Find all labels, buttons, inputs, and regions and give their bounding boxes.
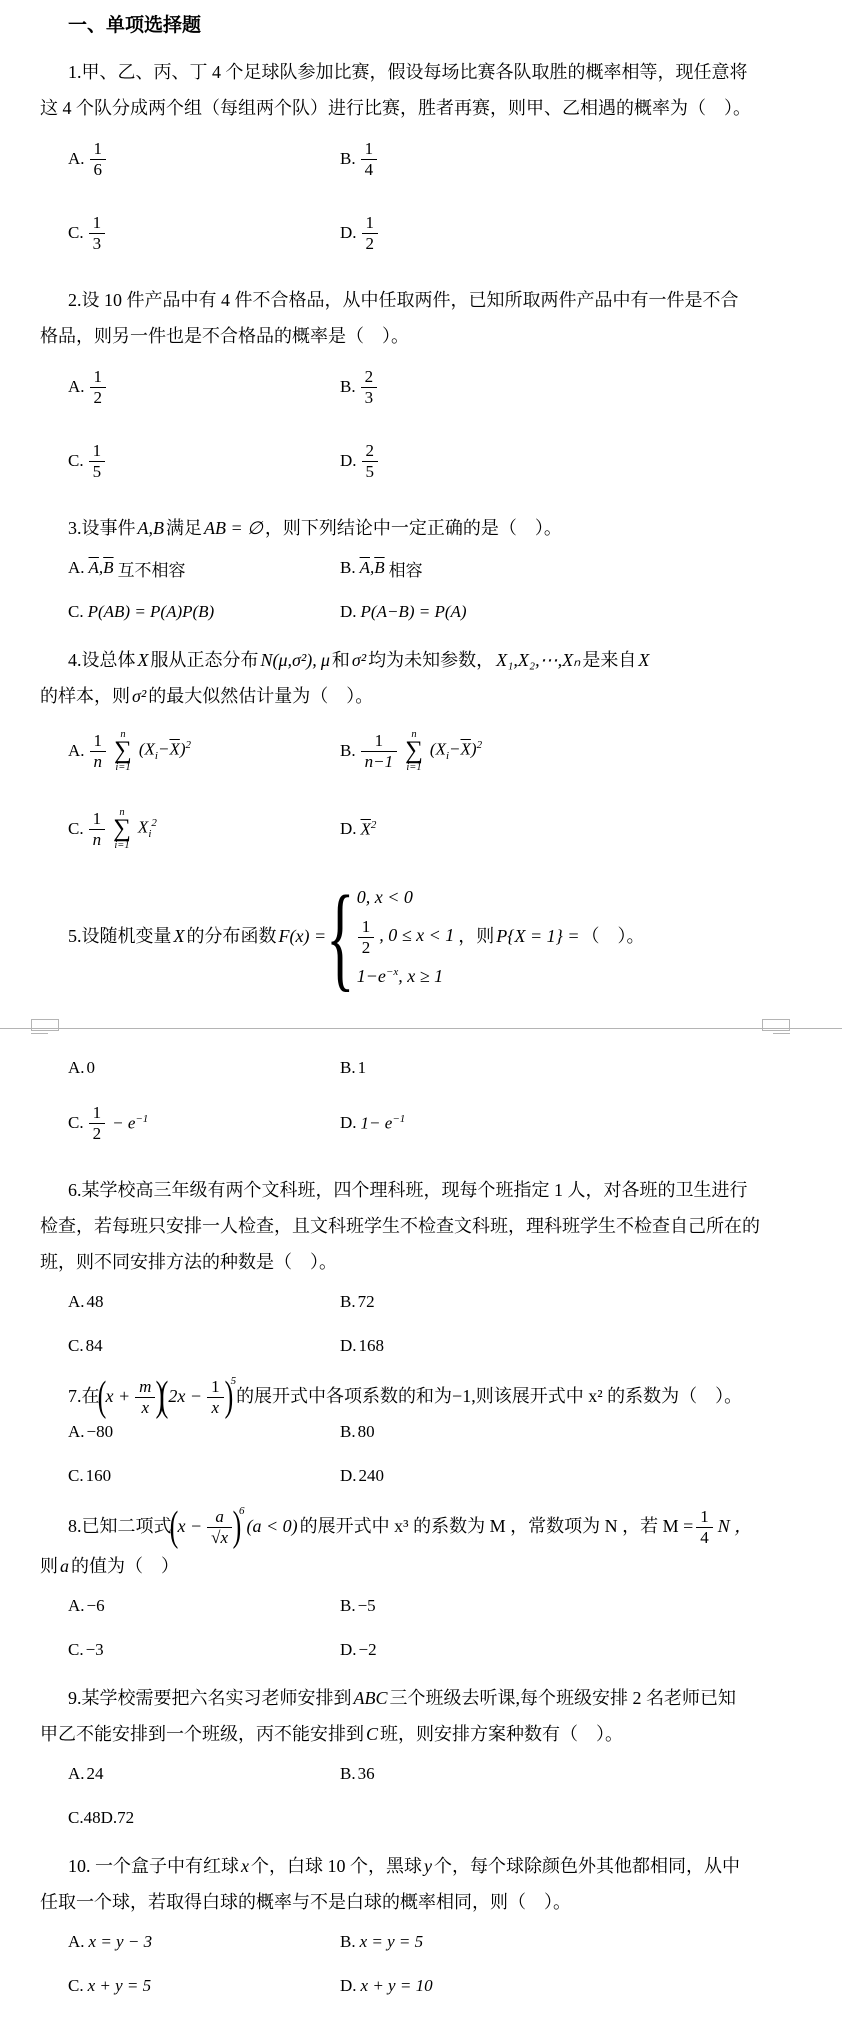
q2-option-d: D.25 xyxy=(340,441,800,481)
math-expression: x + y = 5 xyxy=(88,1976,152,1996)
option-label: A. xyxy=(68,558,85,578)
fraction: 1n xyxy=(89,809,106,849)
q3-options-row-2: C.P(AB) = P(A)P(B) D.P(A−B) = P(A) xyxy=(40,598,800,626)
math-var: x xyxy=(241,1856,249,1876)
q9-option-cd: C.48D.72 xyxy=(68,1808,340,1828)
q4-option-b: B.1n−1n∑i=1(Xi−X)2 xyxy=(340,729,800,773)
q1-option-c: C.13 xyxy=(68,213,340,253)
option-label: C. xyxy=(68,451,84,471)
option-label: B. xyxy=(340,1764,356,1784)
q6-stem-line-1: 6.某学校高三年级有两个文科班，四个理科班，现每个班指定 1 人，对各班的卫生进… xyxy=(40,1172,800,1208)
fraction: 12 xyxy=(90,367,107,407)
q2-option-a: A.12 xyxy=(68,367,340,407)
option-label: D. xyxy=(340,1466,357,1486)
q8-option-a: A.−6 xyxy=(68,1596,340,1616)
q10-option-c: C.x + y = 5 xyxy=(68,1976,340,1996)
math-expression: X2 xyxy=(361,819,377,840)
fraction: a√x xyxy=(207,1507,232,1547)
page-break-line xyxy=(0,1028,842,1029)
q7-options-row-2: C.160 D.240 xyxy=(40,1462,800,1490)
option-label: C. xyxy=(68,1336,84,1356)
option-label: C. xyxy=(68,602,84,622)
q4-option-a: A.1nn∑i=1(Xi−X)2 xyxy=(68,729,340,773)
option-label: B. xyxy=(340,741,356,761)
option-label: A. xyxy=(68,149,85,169)
q8-options-row-2: C.−3 D.−2 xyxy=(40,1636,800,1664)
fraction: 1x xyxy=(207,1377,224,1417)
q4-options-row-1: A.1nn∑i=1(Xi−X)2 B.1n−1n∑i=1(Xi−X)2 xyxy=(40,722,800,780)
q1-options-row-2: C.13 D.12 xyxy=(40,208,800,258)
option-label: B. xyxy=(340,377,356,397)
q4-stem-line-2: 的样本，则σ²的最大似然估计量为（ ）。 xyxy=(40,678,800,714)
fraction: 14 xyxy=(361,139,378,179)
math-expression: A,B xyxy=(360,558,385,578)
math-expression: 1− e−1 xyxy=(361,1113,406,1134)
fraction: 12 xyxy=(358,917,375,957)
q2-option-b: B.23 xyxy=(340,367,800,407)
q8-option-b: B.−5 xyxy=(340,1596,800,1616)
math-expression: P(AB) = P(A)P(B) xyxy=(88,602,215,622)
q3-stem: 3.设事件A,B满足AB = ∅，则下列结论中一定正确的是（ ）。 xyxy=(40,510,800,546)
math-expression: X₁,X₂,⋯,Xₙ xyxy=(496,650,580,670)
math-var: σ² xyxy=(352,650,366,670)
summation: n∑i=1 xyxy=(113,807,131,851)
q3-option-d: D.P(A−B) = P(A) xyxy=(340,602,800,622)
math-expression: Xi2 xyxy=(138,817,157,840)
option-label: B. xyxy=(340,149,356,169)
math-expression: (Xi−X)2 xyxy=(430,739,482,762)
question-7: 7.在 (x +mx)(2x −1x)5 的展开式中各项系数的和为−1,则该展开… xyxy=(40,1376,800,1490)
option-label: D. xyxy=(340,1976,357,1996)
math-var: X xyxy=(138,650,149,670)
fraction: 14 xyxy=(696,1507,713,1547)
q3-option-a: A.A,B互不相容 xyxy=(68,556,340,581)
q2-options-row-2: C.15 D.25 xyxy=(40,436,800,486)
q5-options-row-1: A.0 B.1 xyxy=(40,1054,800,1082)
option-label: C. xyxy=(68,1640,84,1660)
option-label: A. xyxy=(68,1596,85,1616)
q4-options-row-2: C.1nn∑i=1Xi2 D.X2 xyxy=(40,800,800,858)
option-label: B. xyxy=(340,1058,356,1078)
math-var: a xyxy=(60,1556,69,1576)
option-label: C. xyxy=(68,1976,84,1996)
math-expression: P(A−B) = P(A) xyxy=(361,602,467,622)
q3-option-c: C.P(AB) = P(A)P(B) xyxy=(68,602,340,622)
option-label: A. xyxy=(68,1932,85,1952)
q8-stem-line-2: 则a的值为（ ） xyxy=(40,1548,800,1584)
fraction: 25 xyxy=(362,441,379,481)
q3-option-b: B.A,B相容 xyxy=(340,556,800,581)
question-5: 5.设随机变量X的分布函数F(x) = { 0, x < 0 12, 0 ≤ x… xyxy=(40,878,800,1148)
q2-stem-line-2: 格品，则另一件也是不合格品的概率是（ ）。 xyxy=(40,318,800,354)
q10-stem-line-1: 10. 一个盒子中有红球x个，白球 10 个，黑球y个，每个球除颜色外其他都相同… xyxy=(40,1848,800,1884)
math-expression: (Xi−X)2 xyxy=(139,739,191,762)
option-label: A. xyxy=(68,1058,85,1078)
q7-option-c: C.160 xyxy=(68,1466,340,1486)
option-label: D. xyxy=(340,1640,357,1660)
math-expression: F(x) = xyxy=(279,925,327,948)
q8-option-c: C.−3 xyxy=(68,1640,340,1660)
q8-option-d: D.−2 xyxy=(340,1640,800,1660)
fraction: 16 xyxy=(90,139,107,179)
option-label: C. xyxy=(68,1466,84,1486)
q6-options-row-2: C.84 D.168 xyxy=(40,1332,800,1360)
q5-option-c: C.12− e−1 xyxy=(68,1103,340,1143)
option-label: C. xyxy=(68,1113,84,1133)
big-paren-open: ( xyxy=(97,1376,106,1418)
option-label: B. xyxy=(340,1596,356,1616)
page-break-tick-right xyxy=(773,1033,790,1034)
q2-option-c: C.15 xyxy=(68,441,340,481)
math-var: X xyxy=(638,650,649,670)
math-var: A,B xyxy=(138,518,165,538)
q4-option-d: D.X2 xyxy=(340,819,800,840)
math-var: μ xyxy=(321,650,330,670)
math-expression: AB = ∅ xyxy=(204,518,263,538)
math-expression: x = y = 5 xyxy=(360,1932,424,1952)
q9-stem-line-1: 9.某学校需要把六名实习老师安排到ABC三个班级去听课,每个班级安排 2 名老师… xyxy=(40,1680,800,1716)
summation: n∑i=1 xyxy=(405,729,423,773)
q7-stem: 7.在 (x +mx)(2x −1x)5 的展开式中各项系数的和为−1,则该展开… xyxy=(40,1376,800,1418)
option-label: B. xyxy=(340,1292,356,1312)
q6-stem-line-3: 班，则不同安排方法的种数是（ ）。 xyxy=(40,1244,800,1280)
q4-option-c: C.1nn∑i=1Xi2 xyxy=(68,807,340,851)
big-paren-open: ( xyxy=(160,1376,169,1418)
math-var: y xyxy=(424,1856,432,1876)
math-var: X xyxy=(174,925,185,948)
fraction: 1n xyxy=(90,731,107,771)
option-label: C. xyxy=(68,223,84,243)
question-10: 10. 一个盒子中有红球x个，白球 10 个，黑球y个，每个球除颜色外其他都相同… xyxy=(40,1848,800,2000)
fraction: mx xyxy=(135,1377,155,1417)
q10-options-row-2: C.x + y = 5 D.x + y = 10 xyxy=(40,1972,800,2000)
math-expression: − e−1 xyxy=(112,1113,148,1134)
math-var: σ² xyxy=(132,686,146,706)
q1-options-row-1: A.16 B.14 xyxy=(40,134,800,184)
q8-options-row-1: A.−6 B.−5 xyxy=(40,1592,800,1620)
math-expression: (a < 0) xyxy=(247,1515,298,1538)
option-label: A. xyxy=(68,1292,85,1312)
option-label: D. xyxy=(340,1336,357,1356)
q1-option-a: A.16 xyxy=(68,139,340,179)
option-label: D. xyxy=(340,1113,357,1133)
option-label: A. xyxy=(68,1422,85,1442)
q8-stem-line-1: 8.已知二项式 (x −a√x)6 (a < 0)的展开式中 x³ 的系数为 M… xyxy=(40,1506,800,1548)
page-break-marker-right xyxy=(762,1019,790,1031)
question-1: 1.甲、乙、丙、丁 4 个足球队参加比赛，假设每场比赛各队取胜的概率相等，现任意… xyxy=(40,54,800,258)
question-4: 4.设总体X服从正态分布N(μ,σ²),μ和σ²均为未知参数，X₁,X₂,⋯,X… xyxy=(40,642,800,858)
q7-option-d: D.240 xyxy=(340,1466,800,1486)
math-expression: x + y = 10 xyxy=(361,1976,433,1996)
q10-option-a: A.x = y − 3 xyxy=(68,1932,340,1952)
option-label: D. xyxy=(340,451,357,471)
q6-option-c: C.84 xyxy=(68,1336,340,1356)
summation: n∑i=1 xyxy=(114,729,132,773)
q6-options-row-1: A.48 B.72 xyxy=(40,1288,800,1316)
page-break-marker-left xyxy=(31,1019,59,1031)
page-break-tick-left xyxy=(31,1033,48,1034)
q5-option-d: D.1− e−1 xyxy=(340,1113,800,1134)
question-2: 2.设 10 件产品中有 4 件不合格品，从中任取两件，已知所取两件产品中有一件… xyxy=(40,282,800,486)
q1-stem-line-1: 1.甲、乙、丙、丁 4 个足球队参加比赛，假设每场比赛各队取胜的概率相等，现任意… xyxy=(40,54,800,90)
q7-option-a: A.−80 xyxy=(68,1422,340,1442)
q1-stem-line-2: 这 4 个队分成两个组（每组两个队）进行比赛，胜者再赛，则甲、乙相遇的概率为（ … xyxy=(40,90,800,126)
math-expression: N(μ,σ²), xyxy=(261,650,317,670)
q9-option-b: B.36 xyxy=(340,1764,800,1784)
q3-options-row-1: A.A,B互不相容 B.A,B相容 xyxy=(40,554,800,582)
fraction: 1n−1 xyxy=(361,731,397,771)
q6-option-b: B.72 xyxy=(340,1292,800,1312)
q1-option-b: B.14 xyxy=(340,139,800,179)
option-label: D. xyxy=(340,602,357,622)
math-var: ABC xyxy=(354,1688,388,1708)
q6-stem-line-2: 检查，若每班只安排一人检查，且文科班学生不检查文科班，理科班学生不检查自己所在的 xyxy=(40,1208,800,1244)
big-paren-open: ( xyxy=(169,1506,178,1548)
q9-option-a: A.24 xyxy=(68,1764,340,1784)
q5-options-row-2: C.12− e−1 D.1− e−1 xyxy=(40,1098,800,1148)
math-expression: P{X = 1} = xyxy=(496,925,579,948)
question-6: 6.某学校高三年级有两个文科班，四个理科班，现每个班指定 1 人，对各班的卫生进… xyxy=(40,1172,800,1360)
math-expression: x = y − 3 xyxy=(89,1932,153,1952)
q4-stem-line-1: 4.设总体X服从正态分布N(μ,σ²),μ和σ²均为未知参数，X₁,X₂,⋯,X… xyxy=(40,642,800,678)
math-expression: A,B xyxy=(89,558,114,578)
piecewise-function: { 0, x < 0 12, 0 ≤ x < 1 1−e−x, x ≥ 1 xyxy=(330,878,456,996)
option-label: B. xyxy=(340,1422,356,1442)
math-var: C xyxy=(366,1724,378,1744)
piecewise-row-2: 12, 0 ≤ x < 1 xyxy=(355,917,457,957)
piecewise-row-3: 1−e−x, x ≥ 1 xyxy=(357,965,455,988)
q5-option-b: B.1 xyxy=(340,1058,800,1078)
q2-options-row-1: A.12 B.23 xyxy=(40,362,800,412)
question-8: 8.已知二项式 (x −a√x)6 (a < 0)的展开式中 x³ 的系数为 M… xyxy=(40,1506,800,1664)
q6-option-d: D.168 xyxy=(340,1336,800,1356)
exam-page: 一、单项选择题 1.甲、乙、丙、丁 4 个足球队参加比赛，假设每场比赛各队取胜的… xyxy=(40,12,800,2000)
page-break-divider xyxy=(0,1018,842,1040)
fraction: 13 xyxy=(89,213,106,253)
q10-stem-line-2: 任取一个球，若取得白球的概率与不是白球的概率相同，则（ ）。 xyxy=(40,1884,800,1920)
option-label: A. xyxy=(68,377,85,397)
q5-stem: 5.设随机变量X的分布函数F(x) = { 0, x < 0 12, 0 ≤ x… xyxy=(40,878,800,996)
left-brace: { xyxy=(326,878,354,996)
option-label: A. xyxy=(68,741,85,761)
q1-option-d: D.12 xyxy=(340,213,800,253)
fraction: 23 xyxy=(361,367,378,407)
fraction: 15 xyxy=(89,441,106,481)
q10-option-d: D.x + y = 10 xyxy=(340,1976,800,1996)
question-3: 3.设事件A,B满足AB = ∅，则下列结论中一定正确的是（ ）。 A.A,B互… xyxy=(40,510,800,626)
exponent: 6 xyxy=(239,1504,245,1518)
q2-stem-line-1: 2.设 10 件产品中有 4 件不合格品，从中任取两件，已知所取两件产品中有一件… xyxy=(40,282,800,318)
section-title: 一、单项选择题 xyxy=(40,12,800,40)
option-label: C. xyxy=(68,819,84,839)
option-label: D. xyxy=(340,223,357,243)
question-9: 9.某学校需要把六名实习老师安排到ABC三个班级去听课,每个班级安排 2 名老师… xyxy=(40,1680,800,1832)
q7-option-b: B.80 xyxy=(340,1422,800,1442)
q6-option-a: A.48 xyxy=(68,1292,340,1312)
exponent: 5 xyxy=(231,1374,237,1388)
option-label: B. xyxy=(340,1932,356,1952)
q10-option-b: B.x = y = 5 xyxy=(340,1932,800,1952)
q9-options-row-2: C.48D.72 xyxy=(40,1804,800,1832)
option-label: B. xyxy=(340,558,356,578)
fraction: 12 xyxy=(362,213,379,253)
piecewise-row-1: 0, x < 0 xyxy=(357,886,455,909)
q9-options-row-1: A.24 B.36 xyxy=(40,1760,800,1788)
q5-option-a: A.0 xyxy=(68,1058,340,1078)
q9-stem-line-2: 甲乙不能安排到一个班级，丙不能安排到C班，则安排方案种数有（ ）。 xyxy=(40,1716,800,1752)
fraction: 12 xyxy=(89,1103,106,1143)
q7-options-row-1: A.−80 B.80 xyxy=(40,1418,800,1446)
q10-options-row-1: A.x = y − 3 B.x = y = 5 xyxy=(40,1928,800,1956)
option-label: D. xyxy=(340,819,357,839)
option-label: A. xyxy=(68,1764,85,1784)
